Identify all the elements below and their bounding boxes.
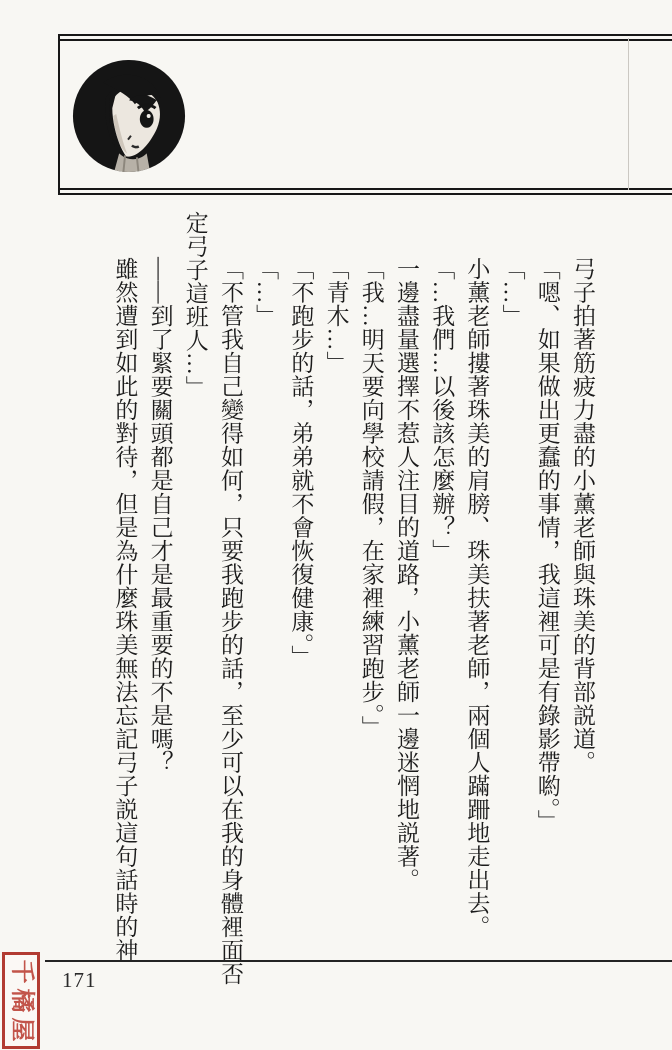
seal-char-2: 橘 <box>8 988 35 1014</box>
text-column: 定弓子這班人…」 <box>178 211 213 956</box>
text-column: 弓子拍著筋疲力盡的小薰老師與珠美的背部説道。 <box>565 211 600 956</box>
portrait-illustration <box>70 57 188 175</box>
text-column: 「嗯、如果做出更蠢的事情，我這裡可是有錄影帶喲。」 <box>530 211 565 956</box>
text-column: 「…」 <box>248 211 283 956</box>
text-column: 「青木…」 <box>318 211 353 956</box>
text-column: 小薰老師摟著珠美的肩膀、珠美扶著老師，兩個人蹣跚地走出去。 <box>459 211 494 956</box>
body-text: 弓子拍著筋疲力盡的小薰老師與珠美的背部説道。「嗯、如果做出更蠢的事情，我這裡可是… <box>107 211 600 956</box>
text-column: 「…我們…以後該怎麼辦？」 <box>424 211 459 956</box>
text-column: 一邊盡量選擇不惹人注目的道路，小薰老師一邊迷惘地説著。 <box>389 211 424 956</box>
text-column: ——到了緊要關頭都是自己才是最重要的不是嗎？ <box>142 211 177 956</box>
text-column: 「我…明天要向學校請假，在家裡練習跑步。」 <box>354 211 389 956</box>
bookshop-seal-stamp: 千 橘 屋 <box>2 952 40 1049</box>
footer-rule <box>45 960 672 962</box>
text-column: 「不管我自己變得如何，只要我跑步的話，至少可以在我的身體裡面否 <box>213 211 248 956</box>
text-column: 「不跑步的話，弟弟就不會恢復健康。」 <box>283 211 318 956</box>
seal-char-1: 千 <box>8 959 35 985</box>
header-right-rule <box>628 38 629 190</box>
book-page: 弓子拍著筋疲力盡的小薰老師與珠美的背部説道。「嗯、如果做出更蠢的事情，我這裡可是… <box>0 0 672 1050</box>
manga-girl-portrait-icon <box>70 57 188 175</box>
header-left-rule <box>58 34 60 195</box>
text-column: 雖然遭到如此的對待，但是為什麼珠美無法忘記弓子説這句話時的神 <box>107 211 142 956</box>
page-number: 171 <box>62 968 97 993</box>
header-top-rule <box>58 34 672 41</box>
text-column: 「…」 <box>494 211 529 956</box>
seal-char-3: 屋 <box>8 1017 35 1043</box>
header-bottom-rule <box>58 188 672 195</box>
